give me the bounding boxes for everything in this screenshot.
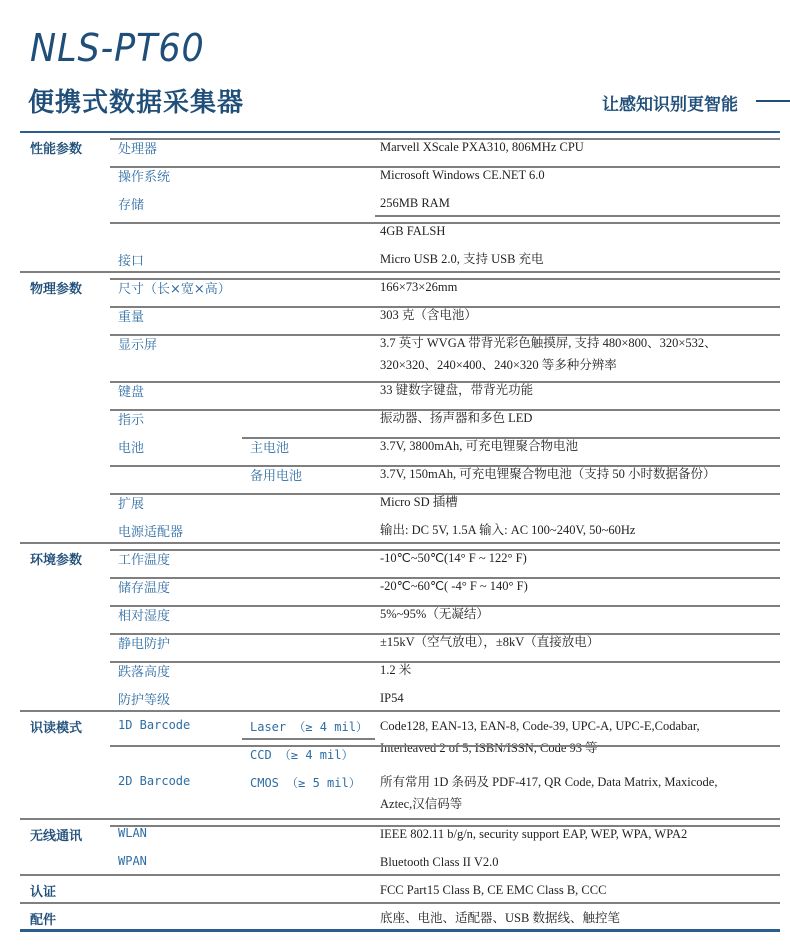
spec-row-display: 显示屏 3.7 英寸 WVGA 带背光彩色触摸屏, 支持 480×800、320… <box>20 329 780 376</box>
slogan: 让感知识别更智能 <box>602 90 738 115</box>
spec-value: Bluetooth Class II V2.0 <box>380 851 499 873</box>
spec-row-battery-backup: 备用电池 3.7V, 150mAh, 可充电锂聚合物电池（支持 50 小时数据备… <box>20 460 780 488</box>
divider <box>110 278 780 280</box>
divider <box>110 745 780 747</box>
category-physical: 物理参数 <box>30 278 82 297</box>
spec-sublabel: CCD （≥ 4 mil） <box>250 746 353 763</box>
divider <box>110 605 780 607</box>
spec-row-expansion: 扩展 Micro SD 插槽 <box>20 488 780 516</box>
slogan-dash-line <box>756 100 790 102</box>
spec-label: 接口 <box>118 250 144 269</box>
spec-label: 1D Barcode <box>118 718 190 732</box>
spec-label: 工作温度 <box>118 549 170 568</box>
spec-label: WLAN <box>118 826 147 840</box>
divider <box>110 661 780 663</box>
spec-sublabel: Laser （≥ 4 mil） <box>250 718 368 735</box>
spec-label: 2D Barcode <box>118 774 190 788</box>
spec-value: Micro USB 2.0, 支持 USB 充电 <box>380 248 544 270</box>
spec-row-humidity: 相对湿度 5%~95%（无凝结） <box>20 600 780 628</box>
spec-label: 防护等级 <box>118 689 170 708</box>
spec-row-interface: 接口 Micro USB 2.0, 支持 USB 充电 <box>20 245 780 273</box>
divider <box>110 334 780 336</box>
spec-row-battery-main: 电池 主电池 3.7V, 3800mAh, 可充电锂聚合物电池 <box>20 432 780 460</box>
spec-table: 性能参数 处理器 Marvell XScale PXA310, 806MHz C… <box>20 131 780 932</box>
spec-row-sealing: 防护等级 IP54 <box>20 684 780 712</box>
spec-row-certification: 认证 FCC Part15 Class B, CE EMC Class B, C… <box>20 876 780 904</box>
spec-value-line2: Aztec,汉信码等 <box>380 793 462 815</box>
spec-row-storage-ram: 存储 256MB RAM <box>20 189 780 217</box>
spec-value-line1: 所有常用 1D 条码及 PDF-417, QR Code, Data Matri… <box>380 771 717 793</box>
divider <box>110 166 780 168</box>
spec-label: 键盘 <box>118 381 144 400</box>
table-bottom-border <box>20 929 780 932</box>
category-environment: 环境参数 <box>30 549 82 568</box>
spec-row-weight: 重量 303 克（含电池） <box>20 301 780 329</box>
spec-value: FCC Part15 Class B, CE EMC Class B, CCC <box>380 879 606 901</box>
product-subtitle: 便携式数据采集器 <box>28 82 244 119</box>
spec-row-indicator: 指示 振动器、扬声器和多色 LED <box>20 404 780 432</box>
spec-row-1d-laser: 识读模式 1D Barcode Laser （≥ 4 mil） Code128,… <box>20 712 780 740</box>
spec-value: 底座、电池、适配器、USB 数据线、触控笔 <box>380 907 620 929</box>
spec-row-1d-ccd: CCD （≥ 4 mil） <box>20 740 780 768</box>
spec-row-op-temp: 环境参数 工作温度 -10℃~50℃(14° F ~ 122° F) <box>20 544 780 572</box>
spec-value-line1: Code128, EAN-13, EAN-8, Code-39, UPC-A, … <box>380 715 700 737</box>
divider <box>110 825 780 827</box>
spec-label: 扩展 <box>118 493 144 512</box>
divider <box>242 437 780 439</box>
spec-value: IP54 <box>380 687 404 709</box>
spec-sublabel: 备用电池 <box>250 465 302 484</box>
divider <box>110 222 780 224</box>
divider <box>110 549 780 551</box>
category-scanning: 识读模式 <box>30 717 82 736</box>
spec-row-os: 操作系统 Microsoft Windows CE.NET 6.0 <box>20 161 780 189</box>
divider <box>110 465 780 467</box>
spec-sublabel: CMOS （≥ 5 mil） <box>250 774 361 791</box>
spec-label: 尺寸（长×宽×高） <box>118 278 231 297</box>
spec-row-storage-temp: 储存温度 -20℃~60℃( -4° F ~ 140° F) <box>20 572 780 600</box>
spec-label: 显示屏 <box>118 334 157 353</box>
spec-row-processor: 性能参数 处理器 Marvell XScale PXA310, 806MHz C… <box>20 133 780 161</box>
spec-value: 256MB RAM <box>380 192 450 214</box>
spec-row-esd: 静电防护 ±15kV（空气放电），±8kV（直接放电） <box>20 628 780 656</box>
spec-row-dimensions: 物理参数 尺寸（长×宽×高） 166×73×26mm <box>20 273 780 301</box>
spec-row-adapter: 电源适配器 输出: DC 5V, 1.5A 输入: AC 100~240V, 5… <box>20 516 780 544</box>
spec-label: 处理器 <box>118 138 157 157</box>
product-model-title: NLS-PT60 <box>30 26 205 70</box>
spec-label: 存储 <box>118 194 144 213</box>
category-performance: 性能参数 <box>30 138 82 157</box>
spec-label: 相对湿度 <box>118 605 170 624</box>
spec-label: 静电防护 <box>118 633 170 652</box>
spec-label: 重量 <box>118 306 144 325</box>
spec-row-wpan: WPAN Bluetooth Class II V2.0 <box>20 848 780 876</box>
spec-sublabel: 主电池 <box>250 437 289 456</box>
spec-label: 指示 <box>118 409 144 428</box>
divider <box>110 306 780 308</box>
divider <box>110 381 780 383</box>
spec-row-drop: 跌落高度 1.2 米 <box>20 656 780 684</box>
divider <box>110 577 780 579</box>
divider <box>110 493 780 495</box>
spec-row-wlan: 无线通讯 WLAN IEEE 802.11 b/g/n, security su… <box>20 820 780 848</box>
spec-value-line2: 320×320、240×400、240×320 等多种分辨率 <box>380 354 617 376</box>
spec-label: 操作系统 <box>118 166 170 185</box>
spec-label: WPAN <box>118 854 147 868</box>
spec-label: 跌落高度 <box>118 661 170 680</box>
spec-row-storage-flash: 4GB FALSH <box>20 217 780 245</box>
divider <box>110 633 780 635</box>
spec-row-keypad: 键盘 33 键数字键盘，带背光功能 <box>20 376 780 404</box>
spec-label: 电源适配器 <box>118 521 183 540</box>
divider <box>110 409 780 411</box>
spec-row-2d: 2D Barcode CMOS （≥ 5 mil） 所有常用 1D 条码及 PD… <box>20 768 780 820</box>
category-wireless: 无线通讯 <box>30 825 82 844</box>
spec-value: 输出: DC 5V, 1.5A 输入: AC 100~240V, 50~60Hz <box>380 519 635 541</box>
category-certification: 认证 <box>30 881 56 900</box>
spec-label: 电池 <box>118 437 144 456</box>
spec-label: 储存温度 <box>118 577 170 596</box>
category-accessories: 配件 <box>30 909 56 928</box>
divider <box>110 138 780 140</box>
spec-row-accessories: 配件 底座、电池、适配器、USB 数据线、触控笔 <box>20 904 780 932</box>
